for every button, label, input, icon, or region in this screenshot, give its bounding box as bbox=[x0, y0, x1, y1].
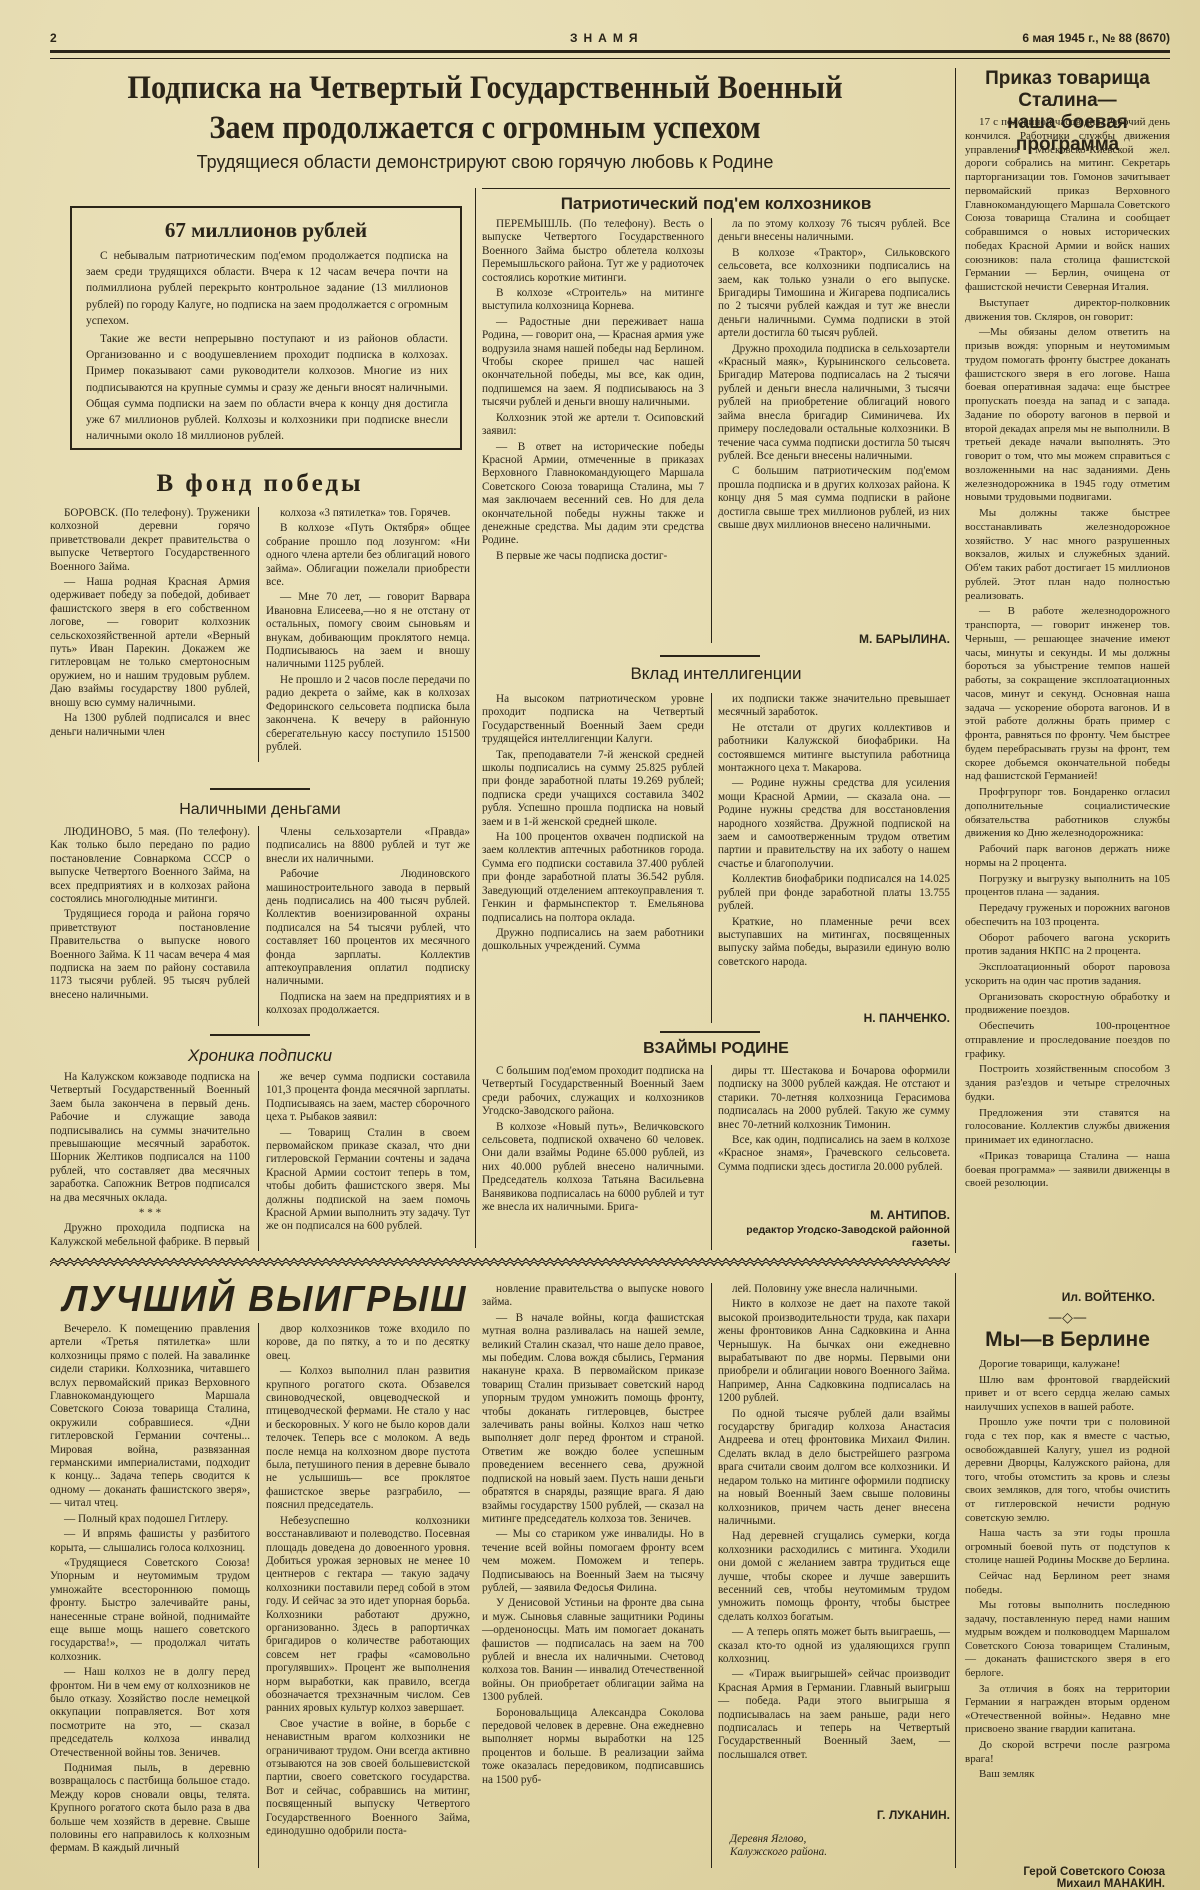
paragraph: Передачу груженых и порожних вагонов обе… bbox=[965, 902, 1170, 930]
paragraph: Сейчас над Берлином реет знамя победы. bbox=[965, 1570, 1170, 1597]
column-divider bbox=[258, 507, 259, 762]
paragraph: 17 с половиной часов дня. Рабочий день к… bbox=[965, 116, 1170, 295]
paragraph: — Мне 70 лет, — говорит Варвара Ивановна… bbox=[266, 591, 470, 671]
paragraph: — В начале войны, когда фашистская мутна… bbox=[482, 1312, 704, 1527]
vyigrysh-signature: Г. ЛУКАНИН. bbox=[718, 1808, 950, 1822]
paragraph: Бороновальщица Александра Соколова перед… bbox=[482, 1707, 704, 1787]
vyigrysh-column-4: лей. Половину уже внесла наличными.Никто… bbox=[718, 1283, 950, 1764]
paragraph: — Радостные дни переживает наша Родина, … bbox=[482, 316, 704, 410]
paragraph: Оборот рабочего вагона ускорить против з… bbox=[965, 932, 1170, 960]
prikaz-signature: Ил. ВОЙТЕНКО. bbox=[965, 1290, 1155, 1304]
paragraph: Шлю вам фронтовой гвардейский привет и о… bbox=[965, 1374, 1170, 1415]
column-divider bbox=[258, 1071, 259, 1251]
nalich-column-2: Члены сельхозартели «Правда» подписались… bbox=[266, 826, 470, 1020]
newspaper-name: ЗНАМЯ bbox=[570, 31, 643, 45]
column-divider bbox=[258, 826, 259, 1026]
section-rule bbox=[210, 788, 310, 790]
column-divider bbox=[711, 1283, 712, 1868]
paragraph: Эксплоатационный оборот паровоза ускорит… bbox=[965, 961, 1170, 989]
paragraph: «Приказ товарища Сталина — наша боевая п… bbox=[965, 1150, 1170, 1191]
paragraph: На 1300 рублей подписался и внес деньги … bbox=[50, 712, 250, 739]
prikaz-body: 17 с половиной часов дня. Рабочий день к… bbox=[965, 116, 1170, 1193]
column-divider bbox=[258, 1323, 259, 1868]
paragraph: Трудящиеся города и района горячо привет… bbox=[50, 908, 250, 1002]
fond-column-1: БОРОВСК. (По телефону). Труженики колхоз… bbox=[50, 507, 250, 741]
paragraph: двор колхозников тоже входило по корове,… bbox=[266, 1323, 470, 1363]
column-divider bbox=[955, 68, 956, 1253]
chronika-title: Хроника подписки bbox=[50, 1046, 470, 1066]
berlin-body: Дорогие товарищи, калужане!Шлю вам фронт… bbox=[965, 1358, 1170, 1784]
paragraph: Над деревней сгущались сумерки, когда ко… bbox=[718, 1530, 950, 1624]
paragraph: В первые же часы подписка достиг- bbox=[482, 550, 704, 563]
paragraph: До скорой встречи после разгрома врага! bbox=[965, 1739, 1170, 1766]
box-67-body: С небывалым патриотическим под'емом прод… bbox=[86, 248, 448, 446]
paragraph: —Мы обязаны делом ответить на призыв вож… bbox=[965, 326, 1170, 505]
newspaper-page: 2 ЗНАМЯ 6 мая 1945 г., № 88 (8670) Подпи… bbox=[50, 28, 1170, 1878]
paragraph: Мы готовы выполнить последнюю задачу, по… bbox=[965, 1599, 1170, 1681]
paragraph: По одной тысяче рублей дали взаймы госуд… bbox=[718, 1408, 950, 1529]
paragraph: Мы должны также быстрее восстанавливать … bbox=[965, 507, 1170, 603]
paragraph: Дружно проходила подписка в сельхозартел… bbox=[718, 343, 950, 464]
column-divider bbox=[711, 218, 712, 643]
paragraph: Свое участие в войне, в борьбе с ненавис… bbox=[266, 1718, 470, 1839]
paragraph: ЛЮДИНОВО, 5 мая. (По телефону). Как толь… bbox=[50, 826, 250, 906]
column-divider bbox=[711, 693, 712, 1023]
patriot-signature: М. БАРЫЛИНА. bbox=[718, 632, 950, 646]
vzaimy-title: ВЗАЙМЫ РОДИНЕ bbox=[482, 1040, 950, 1058]
chronika-column-2: же вечер сумма подписки составила 101,3 … bbox=[266, 1071, 470, 1236]
paragraph: Краткие, но пламенные речи всех выступав… bbox=[718, 916, 950, 970]
issue-date: 6 мая 1945 г., № 88 (8670) bbox=[1022, 31, 1170, 45]
box-67-title: 67 миллионов рублей bbox=[70, 218, 462, 243]
paragraph: За отличия в боях на территории Германии… bbox=[965, 1683, 1170, 1737]
vyigrysh-column-1: Вечерело. К помещению правления артели «… bbox=[50, 1323, 250, 1858]
paragraph: Коллектив биофабрики подписался на 14.02… bbox=[718, 873, 950, 913]
masthead: 2 ЗНАМЯ 6 мая 1945 г., № 88 (8670) bbox=[50, 28, 1170, 50]
paragraph: Выступает директор-полковник движения то… bbox=[965, 297, 1170, 325]
paragraph: — Полный крах подошел Гитлеру. bbox=[50, 1513, 250, 1526]
paragraph: — Мы со стариком уже инвалиды. Но в тече… bbox=[482, 1528, 704, 1595]
column-divider bbox=[475, 188, 476, 1248]
patriot-column-1: ПЕРЕМЫШЛЬ. (По телефону). Весть о выпуск… bbox=[482, 218, 704, 565]
paragraph: На высоком патриотическом уровне проходи… bbox=[482, 693, 704, 747]
vyigrysh-column-2: двор колхозников тоже входило по корове,… bbox=[266, 1323, 470, 1840]
vyigrysh-dateline: Деревня Яглово, Калужского района. bbox=[730, 1833, 930, 1860]
paragraph: Рабочие Людиновского машиностроительного… bbox=[266, 868, 470, 989]
vzaimy-signature-role: редактор Угодско-Заводской районной газе… bbox=[718, 1224, 950, 1250]
masthead-rule bbox=[50, 50, 1170, 59]
paragraph: В колхозе «Строитель» на митинге выступи… bbox=[482, 287, 704, 314]
paragraph: Предложения эти ставятся на голосование.… bbox=[965, 1107, 1170, 1148]
paragraph: Ваш земляк bbox=[965, 1768, 1170, 1782]
nalich-title: Наличными деньгами bbox=[50, 801, 470, 819]
paragraph: Все, как один, подписались на заем в кол… bbox=[718, 1134, 950, 1174]
paragraph: лей. Половину уже внесла наличными. bbox=[718, 1283, 950, 1296]
paragraph: — Наша родная Красная Армия одерживает п… bbox=[50, 576, 250, 710]
vyigrysh-title: ЛУЧШИЙ ВЫИГРЫШ bbox=[50, 1278, 480, 1320]
paragraph: С большим под'емом проходит подписка на … bbox=[482, 1065, 704, 1119]
paragraph: «Трудящиеся Советского Союза! Упорным и … bbox=[50, 1557, 250, 1664]
paragraph: новление правительства о выпуске нового … bbox=[482, 1283, 704, 1310]
paragraph: Организовать скоростную обработку и прод… bbox=[965, 991, 1170, 1019]
wavy-divider bbox=[50, 1258, 950, 1266]
paragraph: Такие же вести непрерывно поступают и из… bbox=[86, 331, 448, 444]
paragraph: Поднимая пыль, в деревню возвращалось с … bbox=[50, 1762, 250, 1856]
paragraph: С небывалым патриотическим под'емом прод… bbox=[86, 248, 448, 329]
ornament-divider: —◇— bbox=[965, 1310, 1170, 1326]
paragraph: — В работе железнодорожного транспорта, … bbox=[965, 605, 1170, 784]
paragraph: В колхозе «Трактор», Сильковского сельсо… bbox=[718, 247, 950, 341]
paragraph: ла по этому колхозу 76 тысяч рублей. Все… bbox=[718, 218, 950, 245]
section-rule bbox=[660, 1031, 760, 1033]
section-rule bbox=[482, 188, 950, 189]
paragraph: На 100 процентов охвачен подпиской на за… bbox=[482, 831, 704, 925]
paragraph: Обеспечить 100-процентное отправление и … bbox=[965, 1020, 1170, 1061]
paragraph: Построить хозяйственным способом 3 здани… bbox=[965, 1063, 1170, 1104]
vzaimy-column-2: диры тт. Шестакова и Бочарова оформили п… bbox=[718, 1065, 950, 1176]
paragraph: — Наш колхоз не в долгу перед фронтом. Н… bbox=[50, 1666, 250, 1760]
vklad-title: Вклад интеллигенции bbox=[482, 664, 950, 684]
paragraph: * * * bbox=[50, 1207, 250, 1220]
fond-column-2: колхоза «3 пятилетка» тов. Горячев.В кол… bbox=[266, 507, 470, 756]
paragraph: Не прошло и 2 часов после передачи по ра… bbox=[266, 674, 470, 754]
section-rule bbox=[660, 655, 760, 657]
paragraph: — В ответ на исторические победы Красной… bbox=[482, 441, 704, 548]
paragraph: Небезуспешно колхозники восстанавливают … bbox=[266, 1515, 470, 1716]
paragraph: Дружно проходила подписка на Калужской м… bbox=[50, 1222, 250, 1249]
patriot-column-2: ла по этому колхозу 76 тысяч рублей. Все… bbox=[718, 218, 950, 534]
column-divider bbox=[955, 1273, 956, 1868]
paragraph: Члены сельхозартели «Правда» подписались… bbox=[266, 826, 470, 866]
patriot-title: Патриотический под'ем колхозников bbox=[482, 194, 950, 214]
paragraph: БОРОВСК. (По телефону). Труженики колхоз… bbox=[50, 507, 250, 574]
paragraph: — И впрямь фашисты у разбитого корыта, —… bbox=[50, 1528, 250, 1555]
paragraph: — Товарищ Сталин в своем первомайском пр… bbox=[266, 1127, 470, 1234]
paragraph: Не отстали от других коллективов и работ… bbox=[718, 722, 950, 776]
paragraph: На Калужском кожзаводе подписка на Четве… bbox=[50, 1071, 250, 1205]
berlin-title: Мы—в Берлине bbox=[965, 1328, 1170, 1352]
page-number: 2 bbox=[50, 31, 57, 45]
paragraph: Никто в колхозе не дает на пахоте такой … bbox=[718, 1298, 950, 1405]
fond-title: В фонд победы bbox=[50, 470, 470, 498]
main-headline: Подписка на Четвертый Государственный Во… bbox=[85, 68, 885, 148]
vzaimy-signature: М. АНТИПОВ. bbox=[718, 1208, 950, 1222]
paragraph: — Родине нужны средства для усиления мощ… bbox=[718, 777, 950, 871]
paragraph: Вечерело. К помещению правления артели «… bbox=[50, 1323, 250, 1511]
section-rule bbox=[210, 1034, 310, 1036]
paragraph: В колхозе «Путь Октября» общее собрание … bbox=[266, 522, 470, 589]
paragraph: В колхозе «Новый путь», Величковского се… bbox=[482, 1121, 704, 1215]
paragraph: Дорогие товарищи, калужане! bbox=[965, 1358, 1170, 1372]
subheadline: Трудящиеся области демонстрируют свою го… bbox=[50, 152, 920, 173]
paragraph: Подписка на заем на предприятиях и в кол… bbox=[266, 991, 470, 1018]
paragraph: Профгрупорг тов. Бондаренко огласил допо… bbox=[965, 786, 1170, 841]
paragraph: Погрузку и выгрузку выполнить на 105 про… bbox=[965, 873, 1170, 901]
vklad-column-2: их подписки также значительно превышает … bbox=[718, 693, 950, 971]
berlin-signature: Герой Советского Союза Михаил МАНАКИН. bbox=[965, 1866, 1165, 1890]
paragraph: же вечер сумма подписки составила 101,3 … bbox=[266, 1071, 470, 1125]
paragraph: ПЕРЕМЫШЛЬ. (По телефону). Весть о выпуск… bbox=[482, 218, 704, 285]
vklad-column-1: На высоком патриотическом уровне проходи… bbox=[482, 693, 704, 956]
paragraph: Прошло уже почти три с половиной года с … bbox=[965, 1416, 1170, 1525]
paragraph: Дружно подписались на заем работники дош… bbox=[482, 927, 704, 954]
paragraph: Рабочий парк вагонов держать ниже нормы … bbox=[965, 843, 1170, 871]
paragraph: Так, преподаватели 7-й женской средней ш… bbox=[482, 749, 704, 829]
paragraph: Наша часть за эти годы прошла огромный б… bbox=[965, 1527, 1170, 1568]
paragraph: — «Тираж выигрышей» сейчас производит Кр… bbox=[718, 1668, 950, 1762]
nalich-column-1: ЛЮДИНОВО, 5 мая. (По телефону). Как толь… bbox=[50, 826, 250, 1004]
paragraph: — А теперь опять может быть выиграешь, —… bbox=[718, 1626, 950, 1666]
paragraph: колхоза «3 пятилетка» тов. Горячев. bbox=[266, 507, 470, 520]
vzaimy-column-1: С большим под'емом проходит подписка на … bbox=[482, 1065, 704, 1216]
paragraph: У Денисовой Устиньи на фронте два сына и… bbox=[482, 1597, 704, 1704]
vklad-signature: Н. ПАНЧЕНКО. bbox=[718, 1011, 950, 1025]
paragraph: С большим патриотическим под'емом прошла… bbox=[718, 465, 950, 532]
paragraph: Колхозник этой же артели т. Осиповский з… bbox=[482, 412, 704, 439]
paragraph: — Колхоз выполнил план развития крупного… bbox=[266, 1365, 470, 1512]
chronika-column-1: На Калужском кожзаводе подписка на Четве… bbox=[50, 1071, 250, 1251]
paragraph: их подписки также значительно превышает … bbox=[718, 693, 950, 720]
vyigrysh-column-3: новление правительства о выпуске нового … bbox=[482, 1283, 704, 1789]
column-divider bbox=[711, 1065, 712, 1250]
paragraph: диры тт. Шестакова и Бочарова оформили п… bbox=[718, 1065, 950, 1132]
